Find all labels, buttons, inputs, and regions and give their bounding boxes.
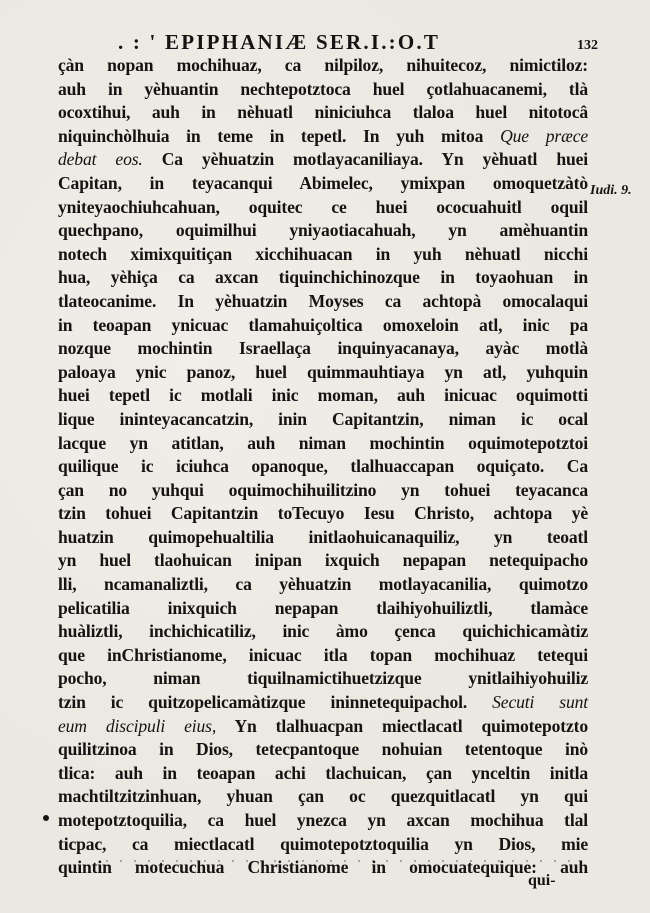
text-line: hua, yèhiça ca axcan tiquinchichinozque … — [58, 266, 588, 290]
line-text: quilique ic iciuhca opanoque, tlalhuacca… — [58, 456, 588, 476]
text-line: motepotztoquilia, ca huel ynezca yn axca… — [58, 809, 588, 833]
catchword: qui- — [528, 872, 556, 890]
line-text: huatzin quimopehualtilia initlaohuicanaq… — [58, 527, 588, 547]
line-text: tzin ic quitzopelicamàtizque ininnetequi… — [58, 692, 467, 712]
line-text: çan no yuhqui oquimochihuilitzino yn toh… — [58, 480, 588, 500]
line-text: Yn tlalhuacpan miectlacatl quimotepotzto — [234, 716, 588, 736]
text-line: pocho, niman tiquilnamictihuetzizque yni… — [58, 667, 588, 691]
ink-specks — [100, 858, 580, 864]
line-text: lique ininteyacancatzin, inin Capitantzi… — [58, 409, 588, 429]
text-line: lacque yn atitlan, auh niman mochintin o… — [58, 432, 588, 456]
text-line: nozque mochintin Israellaça inquinyacana… — [58, 337, 588, 361]
line-text: in teoapan ynicuac tlamahuiçoltica omoxe… — [58, 315, 588, 335]
text-line: çan no yuhqui oquimochihuilitzino yn toh… — [58, 479, 588, 503]
text-line: yniteyaochiuhcahuan, oquitec ce huei oco… — [58, 196, 588, 220]
text-line: quechpano, oquimilhui yniyaotiacahuah, y… — [58, 219, 588, 243]
line-text: lacque yn atitlan, auh niman mochintin o… — [58, 433, 588, 453]
line-text: quilitzinoa in Dios, tetecpantoque nohui… — [58, 739, 588, 759]
line-text: pocho, niman tiquilnamictihuetzizque yni… — [58, 668, 588, 688]
line-text: tlateocanime. In yèhuatzin Moyses ca ach… — [58, 291, 588, 311]
line-text: yniteyaochiuhcahuan, oquitec ce huei oco… — [58, 197, 588, 217]
line-text: lli, ncamanaliztli, ca yèhuatzin motlaya… — [58, 574, 588, 594]
line-text: çàn nopan mochihuaz, ca nilpiloz, nihuit… — [58, 55, 588, 75]
text-line: tlateocanime. In yèhuatzin Moyses ca ach… — [58, 290, 588, 314]
text-line: yn huel tlaohuican inipan ixquich nepapa… — [58, 549, 588, 573]
line-text: huei tepetl ic motlali inic moman, auh i… — [58, 385, 588, 405]
line-text: quechpano, oquimilhui yniyaotiacahuah, y… — [58, 220, 588, 240]
line-text: motepotztoquilia, ca huel ynezca yn axca… — [58, 810, 588, 830]
body-text: çàn nopan mochihuaz, ca nilpiloz, nihuit… — [58, 54, 588, 880]
line-text: machtiltzitzinhuan, yhuan çan oc quezqui… — [58, 786, 588, 806]
text-line: huàliztli, inchichicatiliz, inic àmo çen… — [58, 620, 588, 644]
latin-quote: Que præce — [500, 126, 588, 146]
margin-note: Iudi. 9. — [590, 183, 632, 199]
line-text: Ca yèhuatzin motlayacaniliaya. Yn yèhuat… — [162, 149, 588, 169]
line-text: niquinchòlhuia in teme in tepetl. In yuh… — [58, 126, 483, 146]
line-text: auh in yèhuantin nechtepotztoca huel çot… — [58, 79, 588, 99]
text-line: çàn nopan mochihuaz, ca nilpiloz, nihuit… — [58, 54, 588, 78]
text-line: tzin ic quitzopelicamàtizque ininnetequi… — [58, 691, 588, 715]
folio-number: 132 — [577, 38, 598, 54]
line-text: hua, yèhiça ca axcan tiquinchichinozque … — [58, 267, 588, 287]
text-line: lique ininteyacancatzin, inin Capitantzi… — [58, 408, 588, 432]
scanned-page: . : ' EPIPHANIÆ SER.I.:O.T 132 Iudi. 9. … — [0, 0, 650, 913]
text-line: debat eos. Ca yèhuatzin motlayacaniliaya… — [58, 148, 588, 172]
line-text: que inChristianome, inicuac itla topan m… — [58, 645, 588, 665]
line-text: huàliztli, inchichicatiliz, inic àmo çen… — [58, 621, 588, 641]
text-line: in teoapan ynicuac tlamahuiçoltica omoxe… — [58, 314, 588, 338]
text-line: ocoxtihui, auh in nèhuatl niniciuhca tla… — [58, 101, 588, 125]
text-line: machtiltzitzinhuan, yhuan çan oc quezqui… — [58, 785, 588, 809]
line-text: ocoxtihui, auh in nèhuatl niniciuhca tla… — [58, 102, 588, 122]
text-line: huei tepetl ic motlali inic moman, auh i… — [58, 384, 588, 408]
text-line: quilique ic iciuhca opanoque, tlalhuacca… — [58, 455, 588, 479]
line-text: tlica: auh in teoapan achi tlachuican, ç… — [58, 763, 588, 783]
text-line: ticpac, ca miectlacatl quimotepotztoquil… — [58, 833, 588, 857]
text-line: eum discipuli eius, Yn tlalhuacpan miect… — [58, 715, 588, 739]
text-line: tzin tohuei Capitantzin toTecuyo Iesu Ch… — [58, 502, 588, 526]
text-line: niquinchòlhuia in teme in tepetl. In yuh… — [58, 125, 588, 149]
latin-quote: debat eos. — [58, 149, 143, 169]
text-line: paloaya ynic panoz, huel quimmauhtiaya y… — [58, 361, 588, 385]
text-line: auh in yèhuantin nechtepotztoca huel çot… — [58, 78, 588, 102]
text-line: huatzin quimopehualtilia initlaohuicanaq… — [58, 526, 588, 550]
line-text: paloaya ynic panoz, huel quimmauhtiaya y… — [58, 362, 588, 382]
text-line: notech ximixquitiçan xicchihuacan in yuh… — [58, 243, 588, 267]
text-line: quilitzinoa in Dios, tetecpantoque nohui… — [58, 738, 588, 762]
text-line: tlica: auh in teoapan achi tlachuican, ç… — [58, 762, 588, 786]
line-text: yn huel tlaohuican inipan ixquich nepapa… — [58, 550, 588, 570]
line-text: tzin tohuei Capitantzin toTecuyo Iesu Ch… — [58, 503, 588, 523]
line-text: nozque mochintin Israellaça inquinyacana… — [58, 338, 588, 358]
line-text: ticpac, ca miectlacatl quimotepotztoquil… — [58, 834, 588, 854]
latin-quote: Secuti sunt — [492, 692, 588, 712]
line-text: Capitan, in teyacanqui Abimelec, ymixpan… — [58, 173, 588, 193]
text-line: que inChristianome, inicuac itla topan m… — [58, 644, 588, 668]
text-line: pelicatilia inixquich nepapan tlaihiyohu… — [58, 597, 588, 621]
latin-quote: eum discipuli eius, — [58, 716, 216, 736]
marginal-dot — [43, 815, 49, 821]
text-line: Capitan, in teyacanqui Abimelec, ymixpan… — [58, 172, 588, 196]
running-head-title: . : ' EPIPHANIÆ SER.I.:O.T — [118, 30, 440, 55]
text-line: lli, ncamanaliztli, ca yèhuatzin motlaya… — [58, 573, 588, 597]
line-text: notech ximixquitiçan xicchihuacan in yuh… — [58, 244, 588, 264]
line-text: pelicatilia inixquich nepapan tlaihiyohu… — [58, 598, 588, 618]
